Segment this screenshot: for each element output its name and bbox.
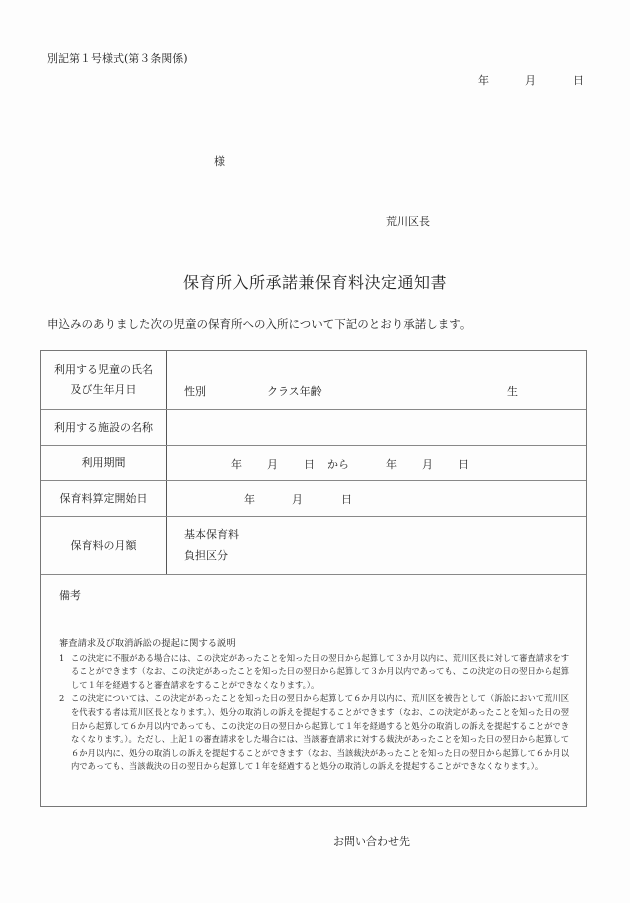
label-line: 利用する施設の名称 [54, 418, 153, 438]
value-facility [167, 410, 586, 445]
period-end-day: 日 [458, 456, 469, 472]
explanation-item: 2 この決定については、この決定があったことを知った日の翌日から起算して６か月以… [59, 692, 569, 774]
fee-start-day: 日 [341, 491, 352, 507]
period-start-month: 月 [267, 456, 278, 472]
explanation-title: 審査請求及び取消訴訟の提起に関する説明 [59, 637, 569, 651]
intro-text: 申込みのありました次の児童の保育所への入所について下記のとおり承諾します。 [47, 316, 471, 332]
label-line: 保育料算定開始日 [60, 489, 148, 509]
document-title: 保育所入所承諾兼保育料決定通知書 [0, 270, 630, 293]
date-day: 日 [573, 72, 584, 88]
row-child-name: 利用する児童の氏名 及び生年月日 性別 クラス年齢 生 [41, 351, 586, 410]
class-age-label: クラス年齢 [267, 383, 322, 399]
label-line: 利用期間 [82, 453, 126, 473]
label-line: 保育料の月額 [71, 536, 137, 556]
period-end-month: 月 [422, 456, 433, 472]
notice-form-table: 利用する児童の氏名 及び生年月日 性別 クラス年齢 生 利用する施設の名称 利用… [40, 350, 587, 807]
period-end-year: 年 [386, 456, 397, 472]
fee-start-year: 年 [244, 491, 255, 507]
label-period: 利用期間 [41, 446, 167, 480]
value-child-name: 性別 クラス年齢 生 [167, 351, 586, 409]
contact-label: お問い合わせ先 [333, 833, 410, 849]
value-period: 年 月 日 から 年 月 日 [167, 446, 586, 480]
issuer: 荒川区長 [386, 213, 430, 229]
addressee-suffix: 様 [214, 153, 225, 169]
item-number: 2 [59, 692, 71, 774]
gender-label: 性別 [184, 383, 206, 399]
date-year: 年 [478, 72, 489, 88]
label-line: 及び生年月日 [71, 380, 137, 400]
label-monthly-fee: 保育料の月額 [41, 517, 167, 574]
burden-class-label: 負担区分 [184, 547, 228, 563]
basic-fee-label: 基本保育料 [184, 526, 239, 542]
label-line: 利用する児童の氏名 [54, 360, 153, 380]
row-monthly-fee: 保育料の月額 基本保育料 負担区分 [41, 517, 586, 575]
remarks-label: 備考 [59, 587, 81, 603]
appeal-explanation: 審査請求及び取消訴訟の提起に関する説明 1 この決定に不服がある場合には、この決… [59, 637, 569, 774]
label-child-name: 利用する児童の氏名 及び生年月日 [41, 351, 167, 409]
date-month: 月 [525, 72, 536, 88]
explanation-item: 1 この決定に不服がある場合には、この決定があったことを知った日の翌日から起算し… [59, 652, 569, 693]
value-fee-start: 年 月 日 [167, 481, 586, 516]
remarks-section: 備考 審査請求及び取消訴訟の提起に関する説明 1 この決定に不服がある場合には、… [41, 575, 586, 806]
born-label: 生 [507, 383, 518, 399]
period-start-day: 日 [304, 456, 315, 472]
value-monthly-fee: 基本保育料 負担区分 [167, 517, 586, 574]
period-from: から [327, 456, 349, 472]
item-text: この決定に不服がある場合には、この決定があったことを知った日の翌日から起算して３… [71, 652, 569, 693]
row-facility: 利用する施設の名称 [41, 410, 586, 446]
label-facility: 利用する施設の名称 [41, 410, 167, 445]
fee-start-month: 月 [292, 491, 303, 507]
row-fee-start: 保育料算定開始日 年 月 日 [41, 481, 586, 517]
period-start-year: 年 [231, 456, 242, 472]
label-fee-start: 保育料算定開始日 [41, 481, 167, 516]
form-id: 別記第１号様式(第３条関係) [47, 50, 188, 66]
row-period: 利用期間 年 月 日 から 年 月 日 [41, 446, 586, 481]
item-number: 1 [59, 652, 71, 693]
item-text: この決定については、この決定があったことを知った日の翌日から起算して６か月以内に… [71, 692, 569, 774]
